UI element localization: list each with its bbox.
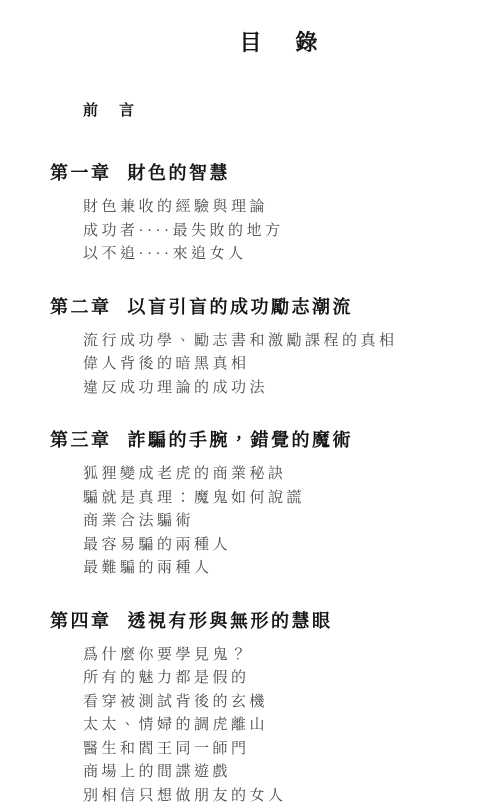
toc-item: 騙就是真理：魔鬼如何說謊 (83, 487, 453, 511)
chapter-4-items: 爲什麼你要學見鬼？ 所有的魅力都是假的 看穿被測試背後的玄機 太太、情婦的調虎離… (50, 644, 453, 809)
chapter-1-number: 第一章 (50, 163, 112, 183)
toc-item: 成功者····最失敗的地方 (83, 220, 453, 244)
page-title: 目 錄 (80, 30, 481, 56)
toc-item: 商業合法騙術 (83, 510, 453, 534)
chapter-1-items: 財色兼收的經驗與理論 成功者····最失敗的地方 以不追····來追女人 (50, 196, 453, 267)
chapter-3-title: 詐騙的手腕，錯覺的魔術 (128, 430, 354, 450)
toc-item: 偉人背後的暗黑真相 (83, 353, 453, 377)
toc-item: 狐狸變成老虎的商業秘訣 (83, 463, 453, 487)
chapter-4-title: 透視有形與無形的慧眼 (128, 611, 333, 631)
chapter-3-section: 第三章詐騙的手腕，錯覺的魔術 狐狸變成老虎的商業秘訣 騙就是真理：魔鬼如何說謊 … (50, 430, 453, 581)
chapter-2-section: 第二章以盲引盲的成功勵志潮流 流行成功學、勵志書和激勵課程的真相 偉人背後的暗黑… (50, 297, 453, 401)
toc-item: 太太、情婦的調虎離山 (83, 714, 453, 738)
toc-item: 最容易騙的兩種人 (83, 534, 453, 558)
chapter-3-heading: 第三章詐騙的手腕，錯覺的魔術 (50, 430, 453, 451)
toc-item: 最難騙的兩種人 (83, 557, 453, 581)
chapter-2-number: 第二章 (50, 297, 112, 317)
toc-item: 流行成功學、勵志書和激勵課程的真相 (83, 330, 453, 354)
toc-item: 醫生和閻王同一師門 (83, 738, 453, 762)
toc-item: 以不追····來追女人 (83, 243, 453, 267)
chapter-3-number: 第三章 (50, 430, 112, 450)
toc-item: 爲什麼你要學見鬼？ (83, 644, 453, 668)
chapter-4-heading: 第四章透視有形與無形的慧眼 (50, 611, 453, 632)
toc-item: 別相信只想做朋友的女人 (83, 785, 453, 809)
chapter-2-title: 以盲引盲的成功勵志潮流 (128, 297, 354, 317)
chapter-4-section: 第四章透視有形與無形的慧眼 爲什麼你要學見鬼？ 所有的魅力都是假的 看穿被測試背… (50, 611, 453, 809)
preface-heading: 前 言 (83, 102, 453, 120)
toc-page: 目 錄 前 言 第一章財色的智慧 財色兼收的經驗與理論 成功者····最失敗的地… (0, 0, 481, 810)
toc-item: 違反成功理論的成功法 (83, 377, 453, 401)
chapter-1-heading: 第一章財色的智慧 (50, 163, 453, 184)
toc-item: 財色兼收的經驗與理論 (83, 196, 453, 220)
toc-item: 商場上的間諜遊戲 (83, 761, 453, 785)
chapter-3-items: 狐狸變成老虎的商業秘訣 騙就是真理：魔鬼如何說謊 商業合法騙術 最容易騙的兩種人… (50, 463, 453, 581)
chapter-1-title: 財色的智慧 (128, 163, 231, 183)
chapter-1-section: 第一章財色的智慧 財色兼收的經驗與理論 成功者····最失敗的地方 以不追···… (50, 163, 453, 267)
toc-item: 看穿被測試背後的玄機 (83, 691, 453, 715)
chapter-4-number: 第四章 (50, 611, 112, 631)
chapter-2-heading: 第二章以盲引盲的成功勵志潮流 (50, 297, 453, 318)
toc-item: 所有的魅力都是假的 (83, 667, 453, 691)
chapter-2-items: 流行成功學、勵志書和激勵課程的真相 偉人背後的暗黑真相 違反成功理論的成功法 (50, 330, 453, 401)
